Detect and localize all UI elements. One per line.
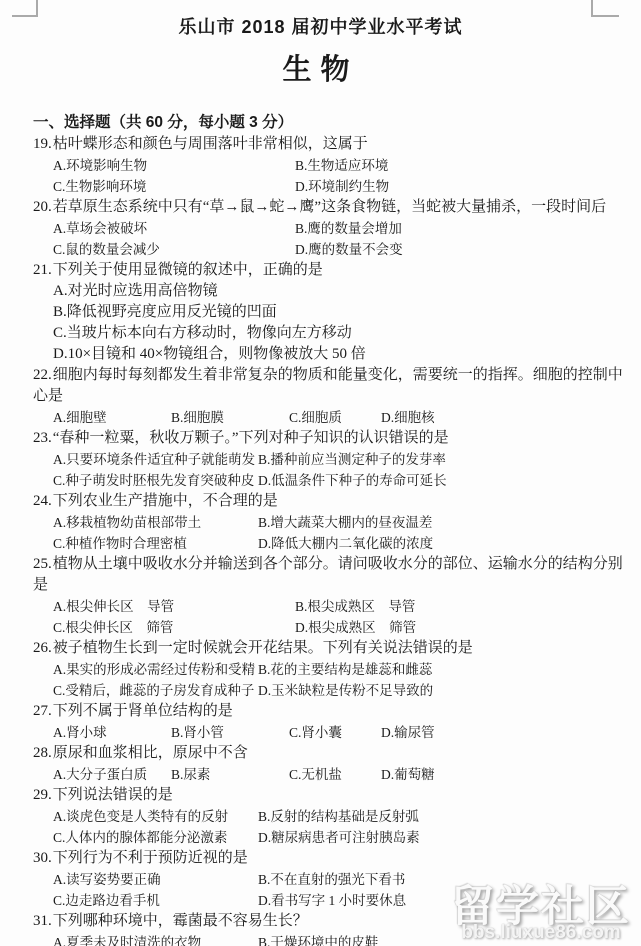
question-19: 19.枯叶蝶形态和颜色与周围落叶非常相似，这属于A.环境影响生物B.生物适应环境… — [0, 134, 641, 197]
option-row: A.夏季未及时清洗的衣物B.干燥环境中的皮鞋 — [0, 932, 641, 946]
option-B: B.肾小管 — [171, 722, 224, 743]
option-D: D.看书写字 1 小时要休息 — [258, 890, 406, 911]
question-28: 28.原尿和血浆相比，原尿中不含A.大分子蛋白质B.尿素C.无机盐D.葡萄糖 — [0, 743, 641, 785]
option-C: C.生物影响环境 — [53, 176, 146, 197]
question-text-line: 是 — [0, 575, 641, 596]
option-row: A.大分子蛋白质B.尿素C.无机盐D.葡萄糖 — [0, 764, 641, 785]
question-23: 23.“春种一粒粟，秋收万颗子。”下列对种子知识的认识错误的是A.只要环境条件适… — [0, 428, 641, 491]
option-A: A.大分子蛋白质 — [53, 764, 147, 785]
option-B: B.生物适应环境 — [295, 155, 388, 176]
option-row: A.草场会被破坏B.鹰的数量会增加 — [0, 218, 641, 239]
option-A: A.谈虎色变是人类特有的反射 — [53, 806, 228, 827]
option-A: A.细胞壁 — [53, 407, 107, 428]
question-text: 被子植物生长到一定时候就会开花结果。下列有关说法错误的是 — [53, 640, 473, 656]
option-C: C.当玻片标本向右方移动时，物像向左方移动 — [53, 323, 352, 344]
option-A: A.只要环境条件适宜种子就能萌发 — [53, 449, 255, 470]
question-text: 下列哪种环境中，霉菌最不容易生长？ — [53, 913, 308, 929]
option-A: A.读写姿势要正确 — [53, 869, 161, 890]
option-C: C.细胞质 — [289, 407, 342, 428]
exam-title: 乐山市 2018 届初中学业水平考试 — [0, 0, 641, 39]
option-row: C.鼠的数量会减少D.鹰的数量不会变 — [0, 239, 641, 260]
question-text-line: 28.原尿和血浆相比，原尿中不含 — [0, 743, 641, 764]
question-number: 19. — [33, 136, 53, 152]
question-number: 21. — [33, 262, 53, 278]
question-number: 24. — [33, 493, 53, 509]
question-number: 26. — [33, 640, 53, 656]
question-text: 下列农业生产措施中，不合理的是 — [53, 493, 278, 509]
option-row: C.受精后，雌蕊的子房发育成种子D.玉米缺粒是传粉不足导致的 — [0, 680, 641, 701]
option-B: B.增大蔬菜大棚内的昼夜温差 — [258, 512, 432, 533]
question-text: 若草原生态系统中只有“草→鼠→蛇→鹰”这条食物链，当蛇被大量捕杀，一段时间后 — [53, 199, 606, 215]
option-row: A.肾小球B.肾小管C.肾小囊D.输尿管 — [0, 722, 641, 743]
question-text-line: 22.细胞内每时每刻都发生着非常复杂的物质和能量变化，需要统一的指挥。细胞的控制… — [0, 365, 641, 386]
option-row: C.种子萌发时胚根先发育突破种皮D.低温条件下种子的寿命可延长 — [0, 470, 641, 491]
question-27: 27.下列不属于肾单位结构的是A.肾小球B.肾小管C.肾小囊D.输尿管 — [0, 701, 641, 743]
option-row: A.细胞壁B.细胞膜C.细胞质D.细胞核 — [0, 407, 641, 428]
option-A: A.草场会被破坏 — [53, 218, 147, 239]
option-row: A.根尖伸长区 导管B.根尖成熟区 导管 — [0, 596, 641, 617]
option-row: A.果实的形成必需经过传粉和受精B.花的主要结构是雄蕊和雌蕊 — [0, 659, 641, 680]
question-25: 25.植物从土壤中吸收水分并输送到各个部分。请问吸收水分的部位、运输水分的结构分… — [0, 554, 641, 638]
option-B: B.花的主要结构是雄蕊和雌蕊 — [258, 659, 432, 680]
option-row: A.移栽植物幼苗根部带土B.增大蔬菜大棚内的昼夜温差 — [0, 512, 641, 533]
question-text: 枯叶蝶形态和颜色与周围落叶非常相似，这属于 — [53, 136, 368, 152]
question-29: 29.下列说法错误的是A.谈虎色变是人类特有的反射B.反射的结构基础是反射弧C.… — [0, 785, 641, 848]
option-C: C.人体内的腺体都能分泌激素 — [53, 827, 227, 848]
question-text-line: 24.下列农业生产措施中，不合理的是 — [0, 491, 641, 512]
option-row: C.根尖伸长区 筛管D.根尖成熟区 筛管 — [0, 617, 641, 638]
question-number: 20. — [33, 199, 53, 215]
option-C: C.种植作物时合理密植 — [53, 533, 187, 554]
option-D: D.降低大棚内二氧化碳的浓度 — [258, 533, 433, 554]
option-row: B.降低视野亮度应用反光镜的凹面 — [0, 302, 641, 323]
exam-page: 乐山市 2018 届初中学业水平考试 生物 一、选择题（共 60 分，每小题 3… — [0, 0, 641, 946]
option-row: A.对光时应选用高倍物镜 — [0, 281, 641, 302]
option-C: C.边走路边看手机 — [53, 890, 160, 911]
subject-title: 生物 — [0, 47, 641, 88]
page-corner-mark-left — [12, 0, 38, 17]
option-D: D.输尿管 — [381, 722, 435, 743]
option-A: A.果实的形成必需经过传粉和受精 — [53, 659, 255, 680]
option-B: B.尿素 — [171, 764, 210, 785]
question-number: 31. — [33, 913, 53, 929]
option-A: A.环境影响生物 — [53, 155, 147, 176]
option-row: C.当玻片标本向右方移动时，物像向左方移动 — [0, 323, 641, 344]
page-corner-mark-right — [591, 0, 619, 17]
question-number: 29. — [33, 787, 53, 803]
option-B: B.干燥环境中的皮鞋 — [258, 932, 378, 946]
option-D: D.玉米缺粒是传粉不足导致的 — [258, 680, 433, 701]
section-heading: 一、选择题（共 60 分，每小题 3 分） — [33, 112, 641, 133]
question-22: 22.细胞内每时每刻都发生着非常复杂的物质和能量变化，需要统一的指挥。细胞的控制… — [0, 365, 641, 428]
question-20: 20.若草原生态系统中只有“草→鼠→蛇→鹰”这条食物链，当蛇被大量捕杀，一段时间… — [0, 197, 641, 260]
option-D: D.糖尿病患者可注射胰岛素 — [258, 827, 420, 848]
question-31: 31.下列哪种环境中，霉菌最不容易生长？A.夏季未及时清洗的衣物B.干燥环境中的… — [0, 911, 641, 946]
option-D: D.10×目镜和 40×物镜组合，则物像被放大 50 倍 — [53, 344, 366, 365]
question-26: 26.被子植物生长到一定时候就会开花结果。下列有关说法错误的是A.果实的形成必需… — [0, 638, 641, 701]
question-text-line: 心是 — [0, 386, 641, 407]
option-A: A.根尖伸长区 导管 — [53, 596, 174, 617]
question-24: 24.下列农业生产措施中，不合理的是A.移栽植物幼苗根部带土B.增大蔬菜大棚内的… — [0, 491, 641, 554]
option-B: B.鹰的数量会增加 — [295, 218, 402, 239]
question-number: 25. — [33, 556, 53, 572]
option-row: A.谈虎色变是人类特有的反射B.反射的结构基础是反射弧 — [0, 806, 641, 827]
option-row: A.读写姿势要正确B.不在直射的强光下看书 — [0, 869, 641, 890]
question-text-line: 26.被子植物生长到一定时候就会开花结果。下列有关说法错误的是 — [0, 638, 641, 659]
option-B: B.根尖成熟区 导管 — [295, 596, 415, 617]
question-text-line: 19.枯叶蝶形态和颜色与周围落叶非常相似，这属于 — [0, 134, 641, 155]
question-text: 下列不属于肾单位结构的是 — [53, 703, 233, 719]
option-D: D.细胞核 — [381, 407, 435, 428]
option-row: C.种植作物时合理密植D.降低大棚内二氧化碳的浓度 — [0, 533, 641, 554]
option-B: B.播种前应当测定种子的发芽率 — [258, 449, 446, 470]
option-B: B.不在直射的强光下看书 — [258, 869, 405, 890]
option-A: A.移栽植物幼苗根部带土 — [53, 512, 201, 533]
option-B: B.细胞膜 — [171, 407, 224, 428]
option-D: D.环境制约生物 — [295, 176, 389, 197]
option-row: D.10×目镜和 40×物镜组合，则物像被放大 50 倍 — [0, 344, 641, 365]
question-text-line: 31.下列哪种环境中，霉菌最不容易生长？ — [0, 911, 641, 932]
question-text-line: 20.若草原生态系统中只有“草→鼠→蛇→鹰”这条食物链，当蛇被大量捕杀，一段时间… — [0, 197, 641, 218]
question-text: 下列行为不利于预防近视的是 — [53, 850, 248, 866]
option-A: A.对光时应选用高倍物镜 — [53, 281, 218, 302]
option-D: D.根尖成熟区 筛管 — [295, 617, 416, 638]
question-number: 30. — [33, 850, 53, 866]
question-text-line: 30.下列行为不利于预防近视的是 — [0, 848, 641, 869]
question-text: 细胞内每时每刻都发生着非常复杂的物质和能量变化，需要统一的指挥。细胞的控制中 — [53, 367, 623, 383]
question-number: 27. — [33, 703, 53, 719]
question-list: 19.枯叶蝶形态和颜色与周围落叶非常相似，这属于A.环境影响生物B.生物适应环境… — [0, 134, 641, 946]
option-D: D.低温条件下种子的寿命可延长 — [258, 470, 447, 491]
option-row: A.环境影响生物B.生物适应环境 — [0, 155, 641, 176]
question-text: “春种一粒粟，秋收万颗子。”下列对种子知识的认识错误的是 — [53, 430, 449, 446]
option-C: C.鼠的数量会减少 — [53, 239, 160, 260]
option-row: C.人体内的腺体都能分泌激素D.糖尿病患者可注射胰岛素 — [0, 827, 641, 848]
question-30: 30.下列行为不利于预防近视的是A.读写姿势要正确B.不在直射的强光下看书C.边… — [0, 848, 641, 911]
question-21: 21.下列关于使用显微镜的叙述中，正确的是A.对光时应选用高倍物镜B.降低视野亮… — [0, 260, 641, 365]
question-text: 下列说法错误的是 — [53, 787, 173, 803]
question-text: 原尿和血浆相比，原尿中不含 — [53, 745, 248, 761]
question-text: 植物从土壤中吸收水分并输送到各个部分。请问吸收水分的部位、运输水分的结构分别 — [53, 556, 623, 572]
option-A: A.夏季未及时清洗的衣物 — [53, 932, 201, 946]
option-row: C.边走路边看手机D.看书写字 1 小时要休息 — [0, 890, 641, 911]
question-number: 23. — [33, 430, 53, 446]
option-C: C.无机盐 — [289, 764, 342, 785]
option-B: B.反射的结构基础是反射弧 — [258, 806, 419, 827]
question-text-line: 27.下列不属于肾单位结构的是 — [0, 701, 641, 722]
question-text-line: 25.植物从土壤中吸收水分并输送到各个部分。请问吸收水分的部位、运输水分的结构分… — [0, 554, 641, 575]
option-row: A.只要环境条件适宜种子就能萌发B.播种前应当测定种子的发芽率 — [0, 449, 641, 470]
question-number: 28. — [33, 745, 53, 761]
option-D: D.葡萄糖 — [381, 764, 435, 785]
option-A: A.肾小球 — [53, 722, 107, 743]
question-text-line: 29.下列说法错误的是 — [0, 785, 641, 806]
question-text-line: 21.下列关于使用显微镜的叙述中，正确的是 — [0, 260, 641, 281]
question-text-line: 23.“春种一粒粟，秋收万颗子。”下列对种子知识的认识错误的是 — [0, 428, 641, 449]
option-C: C.根尖伸长区 筛管 — [53, 617, 173, 638]
option-C: C.种子萌发时胚根先发育突破种皮 — [53, 470, 254, 491]
option-B: B.降低视野亮度应用反光镜的凹面 — [53, 302, 277, 323]
question-text: 下列关于使用显微镜的叙述中，正确的是 — [53, 262, 323, 278]
option-D: D.鹰的数量不会变 — [295, 239, 403, 260]
option-row: C.生物影响环境D.环境制约生物 — [0, 176, 641, 197]
question-number: 22. — [33, 367, 53, 383]
option-C: C.肾小囊 — [289, 722, 342, 743]
option-C: C.受精后，雌蕊的子房发育成种子 — [53, 680, 254, 701]
